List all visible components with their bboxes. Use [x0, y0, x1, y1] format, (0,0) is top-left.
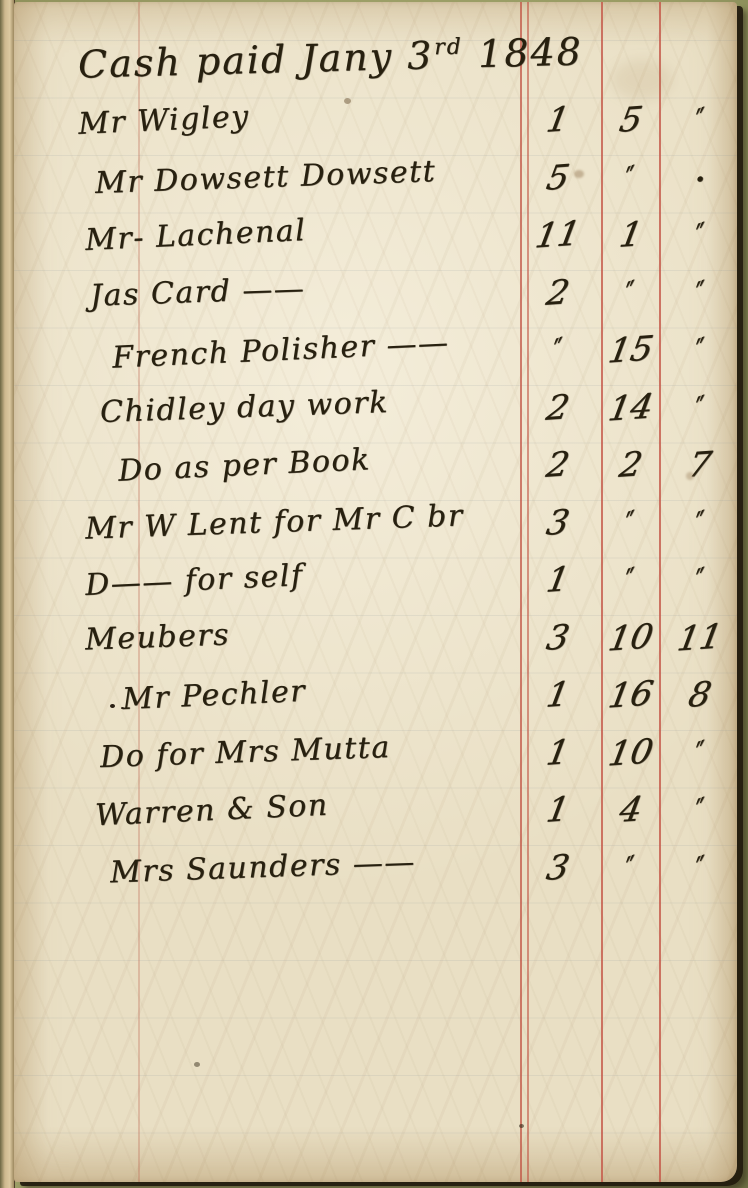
- amount-pence: ″: [694, 275, 707, 309]
- amount-pence: 8: [685, 674, 714, 715]
- amount-shillings: 1: [616, 214, 645, 255]
- ledger-row: Jas Card ——2″″: [14, 271, 737, 329]
- amount-cell-pounds: 1: [516, 100, 600, 140]
- amount-cell-shillings: 4: [602, 790, 659, 830]
- scanned-ledger-page: { "page": { "kind": "handwritten cash le…: [0, 0, 748, 1188]
- amount-cell-pounds: 1: [516, 560, 600, 600]
- amount-cell-pounds: 1: [516, 790, 600, 830]
- amount-cell-pounds: 3: [516, 503, 600, 543]
- ledger-row: French Polisher ——″15″: [14, 328, 737, 386]
- entry-name: Chidley day work: [99, 384, 389, 429]
- amount-cell-shillings: ″: [602, 560, 659, 591]
- amount-shillings: ″: [625, 275, 638, 309]
- amount-pounds: 1: [543, 732, 572, 773]
- amount-cell-shillings: 2: [602, 445, 659, 485]
- ledger-row: Mr Pechler1168: [14, 673, 737, 731]
- amount-pounds: 11: [532, 214, 583, 257]
- amount-cell-pence: ″: [660, 503, 740, 534]
- entry-name: Meubers: [84, 617, 230, 657]
- amount-cell-shillings: 15: [602, 330, 659, 370]
- entry-name: Mr Pechler: [121, 674, 306, 717]
- ledger-row: Chidley day work214″: [14, 386, 737, 444]
- title-year: 1848: [477, 29, 583, 76]
- amount-pence: .: [694, 158, 707, 178]
- amount-cell-pence: ″: [660, 848, 740, 879]
- ledger-row: Meubers31011: [14, 616, 737, 674]
- ledger-row: Mr W Lent for Mr C br3″″: [14, 501, 737, 559]
- title-text: Cash paid Jany 3: [78, 33, 434, 86]
- ledger-row: Mr- Lachenal111″: [14, 213, 737, 271]
- amount-pounds: 3: [543, 502, 572, 543]
- amount-shillings: 4: [616, 789, 645, 830]
- amount-shillings: 10: [605, 616, 656, 659]
- amount-shillings: 16: [605, 674, 656, 717]
- entry-name: Warren & Son: [94, 788, 329, 834]
- amount-cell-pounds: ″: [516, 330, 600, 361]
- amount-shillings: ″: [625, 160, 638, 194]
- amount-cell-pence: ″: [660, 100, 740, 131]
- amount-pence: ″: [694, 390, 707, 424]
- ledger-page: Cash paid Jany 3rd 1848 Mr Wigley15″Mr D…: [14, 2, 737, 1182]
- amount-cell-pence: ″: [660, 790, 740, 821]
- entry-name: Do for Mrs Mutta: [99, 729, 391, 774]
- entry-name: Mrs Saunders ——: [109, 844, 416, 890]
- amount-pounds: 2: [543, 444, 572, 485]
- page-title: Cash paid Jany 3rd 1848: [78, 29, 584, 86]
- amount-cell-pounds: 1: [516, 733, 600, 773]
- amount-cell-pence: 11: [660, 618, 740, 658]
- amount-cell-pounds: 5: [516, 158, 600, 198]
- amount-cell-pounds: 2: [516, 388, 600, 428]
- book-binding-edge: [0, 0, 15, 1188]
- entry-name: Mr Dowsett Dowsett: [94, 154, 436, 201]
- amount-cell-pounds: 11: [516, 215, 600, 255]
- amount-pence: ″: [694, 735, 707, 769]
- entry-name: French Polisher ——: [111, 325, 450, 375]
- amount-pence: ″: [694, 218, 707, 252]
- amount-cell-pence: .: [660, 158, 740, 185]
- stain: [194, 1062, 200, 1067]
- amount-cell-shillings: 10: [602, 618, 659, 658]
- entry-name: Jas Card ——: [89, 271, 305, 313]
- amount-cell-pence: ″: [660, 273, 740, 304]
- entry-name: Do as per Book: [117, 442, 371, 488]
- ledger-row: Mr Dowsett Dowsett5″.: [14, 156, 737, 214]
- amount-pence: ″: [694, 850, 707, 884]
- amount-pence: 11: [674, 616, 725, 659]
- ledger-row: Do as per Book227: [14, 443, 737, 501]
- amount-cell-pence: ″: [660, 215, 740, 246]
- amount-shillings: 14: [605, 386, 656, 429]
- amount-pounds: 2: [543, 387, 572, 428]
- amount-cell-shillings: 5: [602, 100, 659, 140]
- amount-cell-pence: 7: [660, 445, 740, 485]
- amount-cell-pounds: 3: [516, 848, 600, 888]
- amount-cell-shillings: 1: [602, 215, 659, 255]
- amount-cell-pounds: 1: [516, 675, 600, 715]
- amount-shillings: 10: [605, 731, 656, 774]
- amount-pence: ″: [694, 103, 707, 137]
- amount-shillings: 5: [616, 99, 645, 140]
- amount-pounds: 1: [543, 559, 572, 600]
- ledger-row: Do for Mrs Mutta110″: [14, 731, 737, 789]
- title-ordinal: rd: [434, 35, 463, 61]
- amount-pounds: 5: [543, 157, 572, 198]
- amount-pounds: 1: [543, 99, 572, 140]
- amount-pounds: 1: [543, 789, 572, 830]
- amount-shillings: ″: [625, 563, 638, 597]
- amount-cell-shillings: ″: [602, 158, 659, 189]
- amount-shillings: 2: [616, 444, 645, 485]
- amount-cell-shillings: 10: [602, 733, 659, 773]
- amount-pence: ″: [694, 333, 707, 367]
- age-blotch: [612, 60, 672, 100]
- amount-shillings: 15: [605, 329, 656, 372]
- amount-cell-shillings: 14: [602, 388, 659, 428]
- amount-shillings: ″: [625, 850, 638, 884]
- amount-pence: ″: [694, 563, 707, 597]
- amount-cell-shillings: ″: [602, 503, 659, 534]
- entry-name: Mr Wigley: [77, 99, 250, 142]
- entry-name: Mr- Lachenal: [84, 213, 307, 258]
- amount-cell-pence: ″: [660, 330, 740, 361]
- amount-pounds: 3: [543, 617, 572, 658]
- entry-name: D—— for self: [84, 558, 304, 603]
- amount-cell-pence: ″: [660, 388, 740, 419]
- ledger-row: Warren & Son14″: [14, 788, 737, 846]
- amount-pence: ″: [694, 505, 707, 539]
- amount-cell-pounds: 2: [516, 445, 600, 485]
- amount-pence: ″: [694, 793, 707, 827]
- stain: [519, 1124, 524, 1128]
- amount-cell-shillings: ″: [602, 848, 659, 879]
- entry-name: Mr W Lent for Mr C br: [85, 498, 465, 546]
- amount-pence: 7: [685, 444, 714, 485]
- ledger-rows: Mr Wigley15″Mr Dowsett Dowsett5″.Mr- Lac…: [14, 98, 737, 903]
- amount-cell-shillings: ″: [602, 273, 659, 304]
- ledger-row: Mrs Saunders ——3″″: [14, 846, 737, 904]
- amount-cell-pence: 8: [660, 675, 740, 715]
- ledger-row: Mr Wigley15″: [14, 98, 737, 156]
- amount-shillings: ″: [625, 505, 638, 539]
- amount-cell-pence: ″: [660, 560, 740, 591]
- amount-cell-pence: ″: [660, 733, 740, 764]
- amount-cell-pounds: 3: [516, 618, 600, 658]
- amount-cell-shillings: 16: [602, 675, 659, 715]
- amount-pounds: ″: [552, 333, 565, 367]
- amount-pounds: 1: [543, 674, 572, 715]
- amount-cell-pounds: 2: [516, 273, 600, 313]
- ledger-row: D—— for self1″″: [14, 558, 737, 616]
- amount-pounds: 3: [543, 847, 572, 888]
- amount-pounds: 2: [543, 272, 572, 313]
